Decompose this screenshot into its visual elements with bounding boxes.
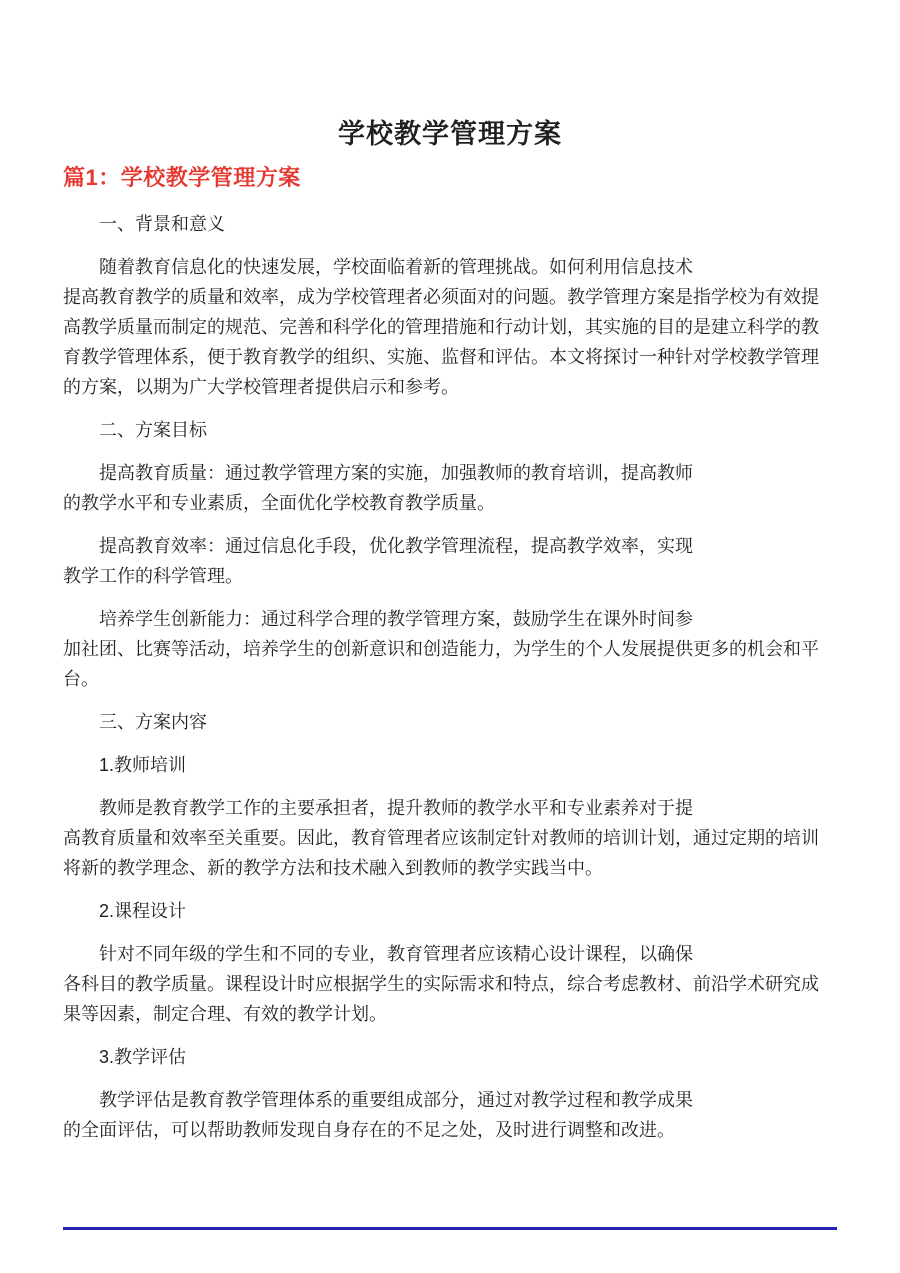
paragraph-line: 育教学管理体系，便于教育教学的组织、实施、监督和评估。本文将探讨一种针对学校教学… bbox=[63, 342, 839, 372]
paragraph: 针对不同年级的学生和不同的专业，教育管理者应该精心设计课程，以确保各科目的教学质… bbox=[63, 939, 839, 1029]
document-page: 学校教学管理方案 篇1：学校教学管理方案一、背景和意义随着教育信息化的快速发展，… bbox=[0, 0, 900, 1273]
paragraph: 培养学生创新能力：通过科学合理的教学管理方案，鼓励学生在课外时间参加社团、比赛等… bbox=[63, 604, 839, 694]
sub-heading: 1.教师培训 bbox=[63, 750, 839, 780]
paragraph: 随着教育信息化的快速发展，学校面临着新的管理挑战。如何利用信息技术提高教育教学的… bbox=[63, 252, 839, 402]
paragraph-line: 的全面评估，可以帮助教师发现自身存在的不足之处，及时进行调整和改进。 bbox=[63, 1115, 839, 1145]
chapter-heading: 篇1：学校教学管理方案 bbox=[63, 163, 839, 193]
paragraph-line: 教学工作的科学管理。 bbox=[63, 561, 839, 591]
paragraph-line: 加社团、比赛等活动，培养学生的创新意识和创造能力，为学生的个人发展提供更多的机会… bbox=[63, 634, 839, 664]
paragraph-line: 高教育质量和效率至关重要。因此，教育管理者应该制定针对教师的培训计划，通过定期的… bbox=[63, 823, 839, 853]
paragraph: 教师是教育教学工作的主要承担者，提升教师的教学水平和专业素养对于提高教育质量和效… bbox=[63, 793, 839, 883]
paragraph: 提高教育质量：通过教学管理方案的实施，加强教师的教育培训，提高教师的教学水平和专… bbox=[63, 458, 839, 518]
paragraph-line: 培养学生创新能力：通过科学合理的教学管理方案，鼓励学生在课外时间参 bbox=[63, 604, 839, 634]
section-heading: 三、方案内容 bbox=[63, 707, 839, 737]
paragraph: 提高教育效率：通过信息化手段，优化教学管理流程，提高教学效率，实现教学工作的科学… bbox=[63, 531, 839, 591]
sub-heading: 3.教学评估 bbox=[63, 1042, 839, 1072]
paragraph: 教学评估是教育教学管理体系的重要组成部分，通过对教学过程和教学成果的全面评估，可… bbox=[63, 1085, 839, 1145]
paragraph-line: 针对不同年级的学生和不同的专业，教育管理者应该精心设计课程，以确保 bbox=[63, 939, 839, 969]
document-body: 篇1：学校教学管理方案一、背景和意义随着教育信息化的快速发展，学校面临着新的管理… bbox=[63, 163, 839, 1158]
paragraph-line: 提高教育质量：通过教学管理方案的实施，加强教师的教育培训，提高教师 bbox=[63, 458, 839, 488]
paragraph-line: 各科目的教学质量。课程设计时应根据学生的实际需求和特点，综合考虑教材、前沿学术研… bbox=[63, 969, 839, 999]
paragraph-line: 的教学水平和专业素质，全面优化学校教育教学质量。 bbox=[63, 488, 839, 518]
paragraph-line: 随着教育信息化的快速发展，学校面临着新的管理挑战。如何利用信息技术 bbox=[63, 252, 839, 282]
bottom-divider-line bbox=[63, 1227, 837, 1230]
paragraph-line: 教师是教育教学工作的主要承担者，提升教师的教学水平和专业素养对于提 bbox=[63, 793, 839, 823]
paragraph-line: 提高教育效率：通过信息化手段，优化教学管理流程，提高教学效率，实现 bbox=[63, 531, 839, 561]
section-heading: 二、方案目标 bbox=[63, 415, 839, 445]
paragraph-line: 果等因素，制定合理、有效的教学计划。 bbox=[63, 999, 839, 1029]
paragraph-line: 将新的教学理念、新的教学方法和技术融入到教师的教学实践当中。 bbox=[63, 853, 839, 883]
paragraph-line: 教学评估是教育教学管理体系的重要组成部分，通过对教学过程和教学成果 bbox=[63, 1085, 839, 1115]
paragraph-line: 的方案，以期为广大学校管理者提供启示和参考。 bbox=[63, 372, 839, 402]
sub-heading: 2.课程设计 bbox=[63, 896, 839, 926]
section-heading: 一、背景和意义 bbox=[63, 209, 839, 239]
document-title: 学校教学管理方案 bbox=[0, 112, 900, 151]
paragraph-line: 提高教育教学的质量和效率，成为学校管理者必须面对的问题。教学管理方案是指学校为有… bbox=[63, 282, 839, 312]
paragraph-line: 台。 bbox=[63, 664, 839, 694]
paragraph-line: 高教学质量而制定的规范、完善和科学化的管理措施和行动计划，其实施的目的是建立科学… bbox=[63, 312, 839, 342]
